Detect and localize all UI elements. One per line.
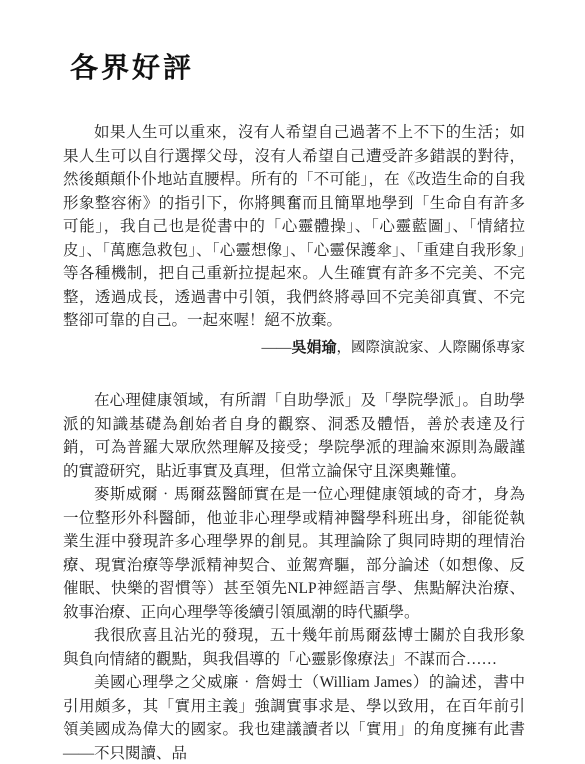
attribution-separator: ， — [337, 340, 352, 356]
testimonial-2-paragraph-4: 美國心理學之父威廉‧詹姆士（William James）的論述，書中引用頗多，其… — [63, 671, 525, 764]
testimonial-1-paragraph: 如果人生可以重來，沒有人希望自己過著不上不下的生活；如果人生可以自行選擇父母，沒… — [63, 121, 525, 333]
attribution-dash: —— — [261, 340, 291, 356]
testimonial-1-attribution: ——吳娟瑜，國際演說家、人際關係專家 — [63, 337, 525, 361]
testimonial-2-paragraph-2: 麥斯威爾‧馬爾茲醫師實在是一位心理健康領域的奇才，身為一位整形外科醫師，他並非心… — [63, 483, 525, 624]
attribution-author-name: 吳娟瑜 — [291, 340, 336, 356]
testimonial-block-2: 在心理健康領域，有所謂「自助學派」及「學院學派」。自助學派的知識基礎為創始者自身… — [63, 389, 525, 764]
testimonial-block-1: 如果人生可以重來，沒有人希望自己過著不上不下的生活；如果人生可以自行選擇父母，沒… — [63, 121, 525, 360]
page-title: 各界好評 — [70, 46, 194, 86]
attribution-author-role: 國際演說家、人際關係專家 — [351, 340, 525, 356]
testimonial-2-paragraph-1: 在心理健康領域，有所謂「自助學派」及「學院學派」。自助學派的知識基礎為創始者自身… — [63, 389, 525, 483]
page-content: 如果人生可以重來，沒有人希望自己過著不上不下的生活；如果人生可以自行選擇父母，沒… — [63, 121, 525, 764]
book-page: 各界好評 如果人生可以重來，沒有人希望自己過著不上不下的生活；如果人生可以自行選… — [0, 0, 585, 764]
testimonial-2-paragraph-3: 我很欣喜且沾光的發現，五十幾年前馬爾茲博士關於自我形象與負向情緒的觀點，與我倡導… — [63, 624, 525, 671]
